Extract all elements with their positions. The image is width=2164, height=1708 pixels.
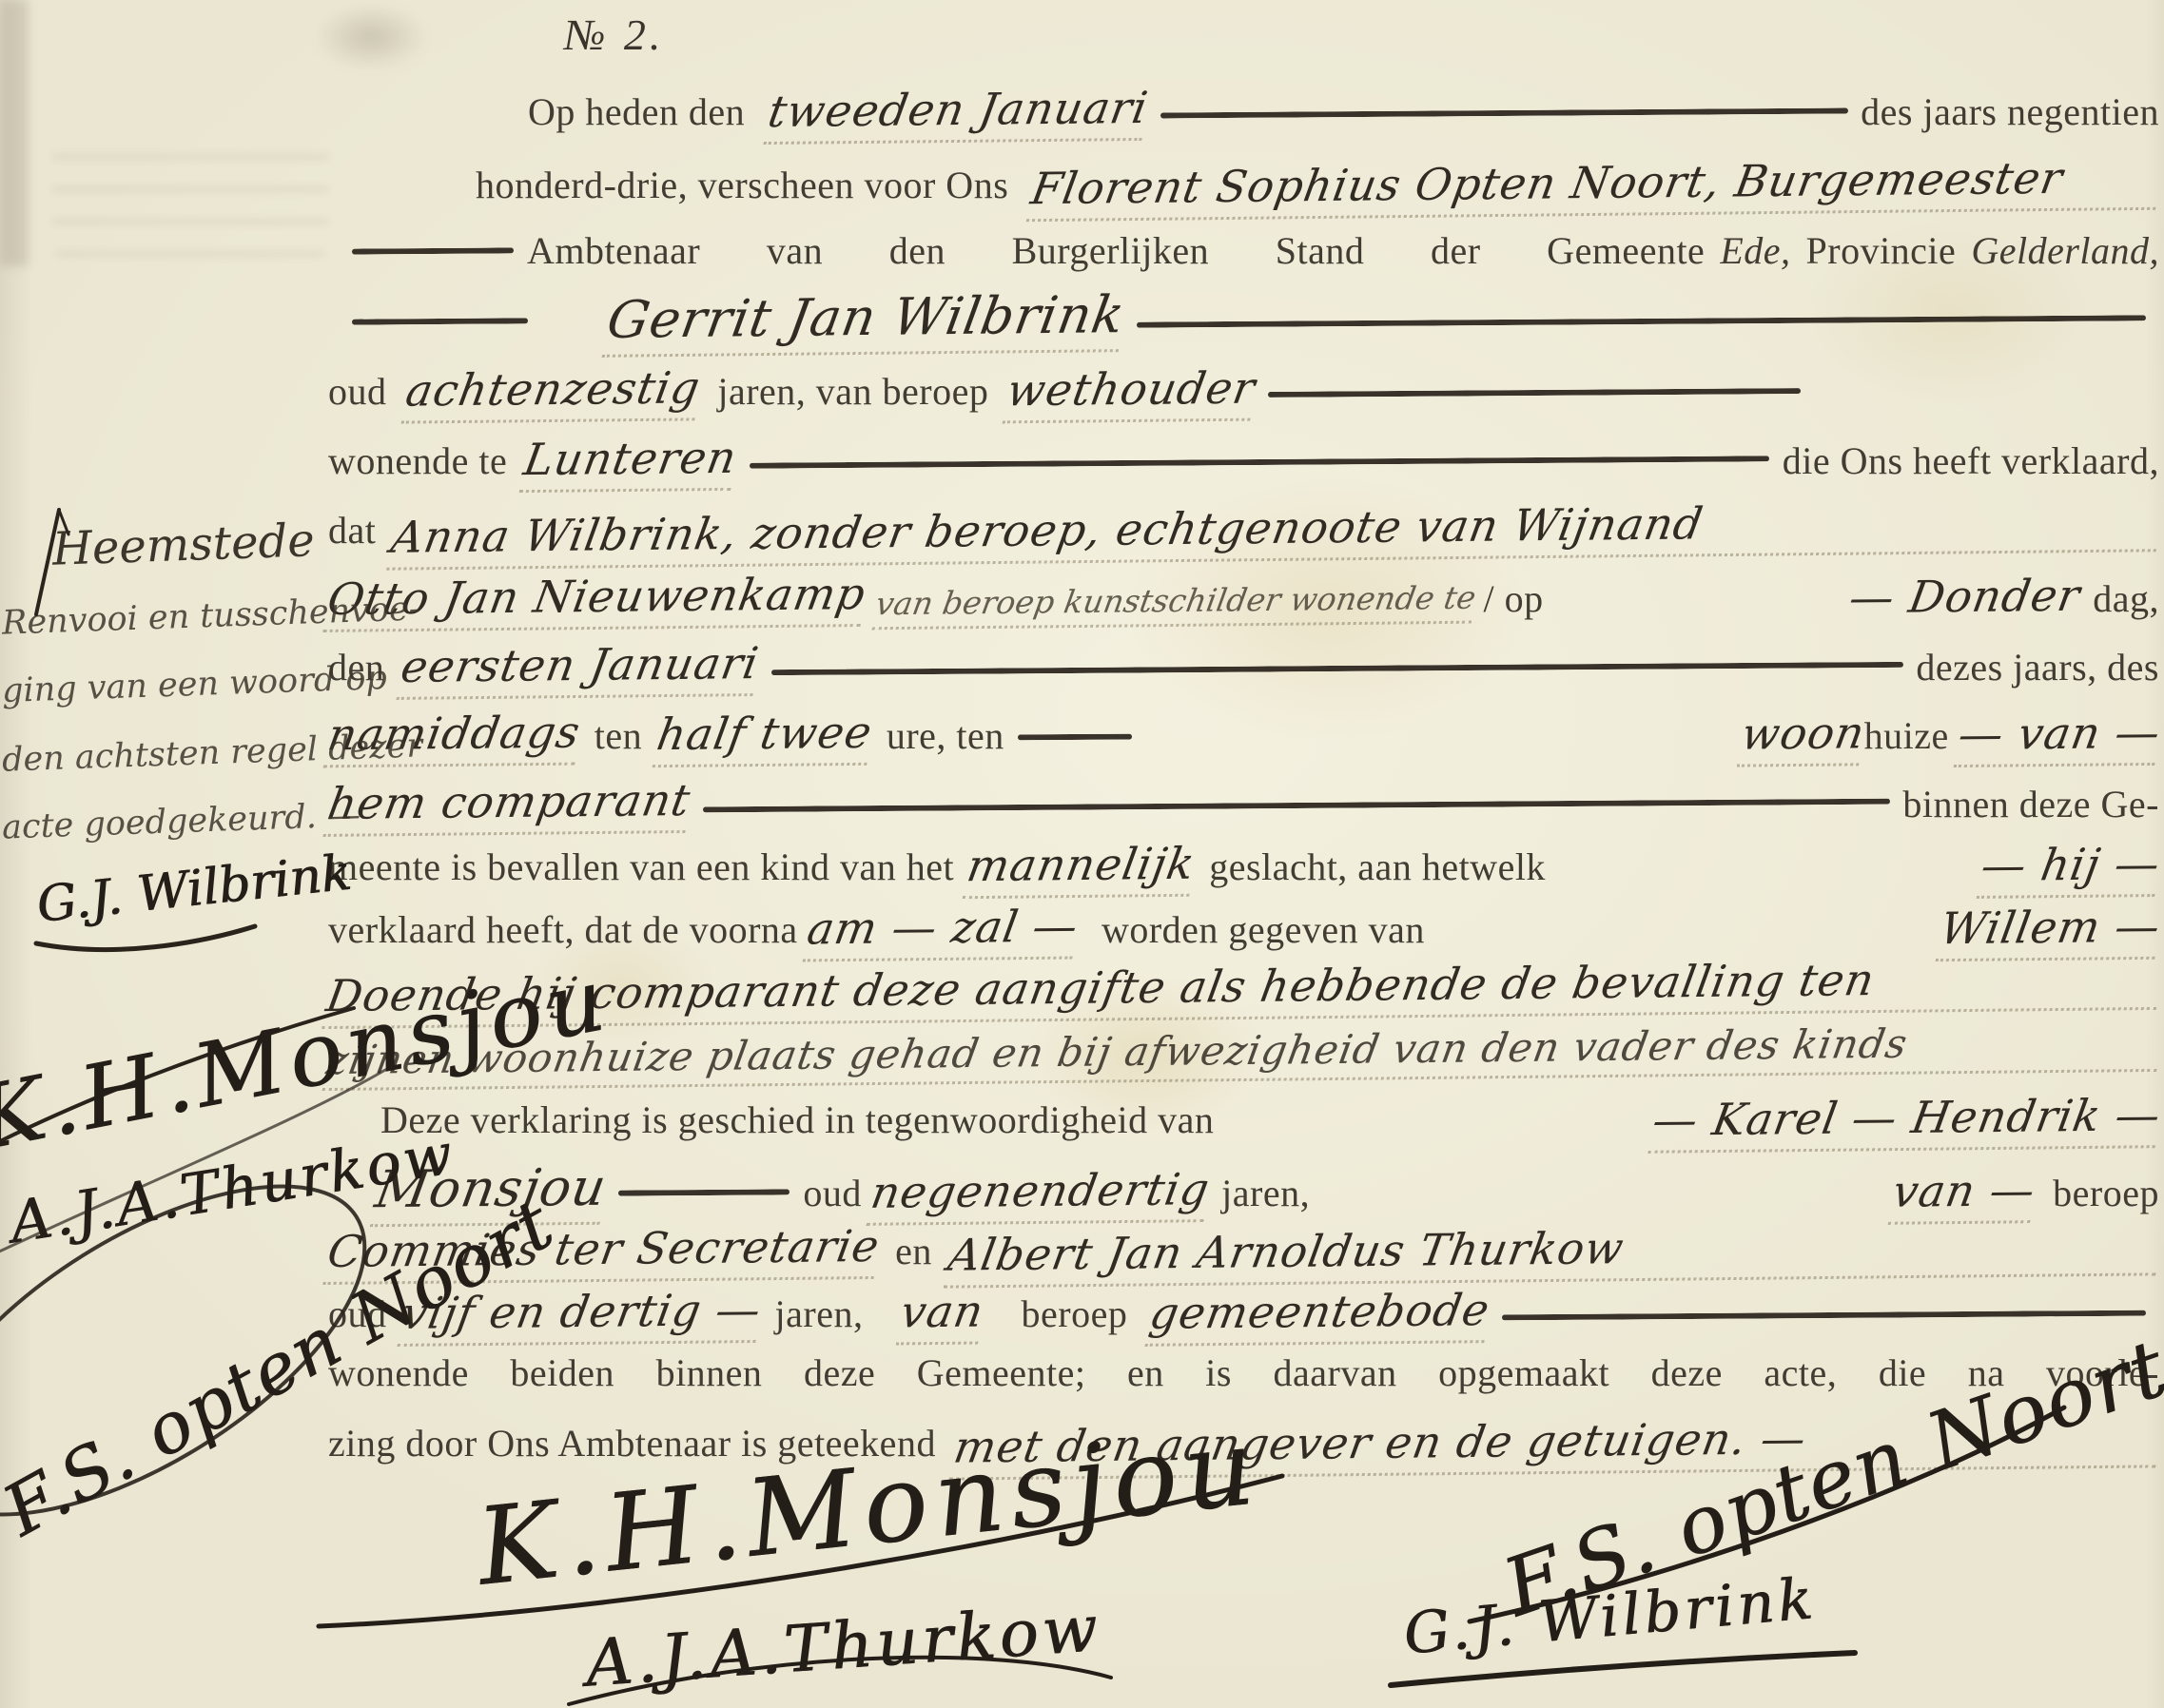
printed-text: Op heden den — [528, 89, 745, 134]
printed-text: Deze verklaring is geschied in tegenwoor… — [380, 1097, 1214, 1142]
printed-text: ten — [595, 713, 642, 758]
handwritten-house-of: — van — — [1953, 707, 2164, 767]
ink-rule — [618, 1189, 790, 1195]
municipality-name: Ede, — [1720, 228, 1790, 273]
margin-note-line: ging van een woord op — [1, 659, 387, 710]
printed-text: ure, ten — [887, 713, 1004, 758]
province-name: Gelderland, — [1971, 228, 2159, 273]
ink-rule — [352, 247, 514, 254]
handwritten-pronoun: — hij — — [1977, 838, 2164, 899]
handwritten-weekday: — Donder — [1845, 570, 2084, 624]
printed-text: dag, — [2093, 576, 2159, 621]
ink-smudge — [314, 4, 428, 70]
handwritten-gender: mannelijk — [963, 838, 1199, 899]
signature-thurkow: A.J.A.Thurkow — [583, 1591, 1103, 1702]
handwritten-witness1-first: — Karel — Hendrik — — [1647, 1089, 2164, 1154]
act-line: Deze verklaring is geschied in tegenwoor… — [328, 1092, 2159, 1151]
printed-text: wonende beiden binnen deze Gemeente; en … — [328, 1350, 2159, 1395]
printed-text: meente is bevallen van een kind van het — [328, 844, 954, 889]
act-line: Monsjou oud negenendertig jaren, van — b… — [328, 1158, 2159, 1226]
printed-text: die Ons heeft verklaard, — [1783, 438, 2159, 483]
handwritten-date: tweeden Januari — [764, 82, 1152, 145]
printed-text: / op — [1484, 576, 1544, 621]
act-line: meente is bevallen van een kind van het … — [328, 839, 2159, 898]
act-line: verklaard heeft, dat de voorna am — zal … — [328, 902, 2159, 961]
printed-text: verklaard heeft, dat de voorna — [328, 907, 798, 952]
printed-text: dat — [328, 508, 376, 553]
printed-text: Ambtenaar van den Burgerlijken Stand der… — [527, 228, 1705, 273]
act-line: hem comparant binnen deze Ge- — [328, 776, 2159, 835]
printed-text: binnen deze Ge- — [1902, 782, 2159, 826]
handwritten-witness2-occupation: gemeentebode — [1145, 1284, 1494, 1347]
ink-rule — [1018, 734, 1132, 741]
handwritten-comparant: hem comparant — [323, 774, 695, 837]
margin-place: Heemstede — [51, 514, 315, 576]
handwritten-declarant: Gerrit Jan Wilbrink — [602, 284, 1130, 358]
handwritten-birthdate: eersten Januari — [397, 637, 763, 700]
handwritten-house: woon — [1737, 707, 1869, 767]
handwritten-occupation: wethouder — [1003, 362, 1259, 424]
act-line: Ambtenaar van den Burgerlijken Stand der… — [328, 228, 2159, 273]
ink-smudge — [0, 0, 29, 266]
act-line: Gerrit Jan Wilbrink — [328, 287, 2159, 355]
margin-approval-signature: G.J. Wilbrink — [34, 844, 354, 934]
act-line: honderd-drie, verscheen voor Ons Florent… — [328, 157, 2159, 216]
act-line: den eersten Januari dezes jaars, des — [328, 639, 2159, 698]
ink-rule — [771, 662, 1903, 675]
ink-rule — [750, 456, 1769, 468]
printed-text: dezes jaars, des — [1916, 645, 2159, 689]
margin-note-line: Renvooi en tusschenvoe- — [1, 590, 420, 642]
act-line: namiddags ten half twee ure, ten woon hu… — [328, 708, 2159, 767]
printed-text: geslacht, aan hetwelk — [1209, 844, 1546, 889]
act-line: Op heden den tweeden Januari des jaars n… — [328, 84, 2159, 143]
printed-text: jaren, — [1221, 1171, 1310, 1215]
margin-note-line: den achtsten regel dezer — [1, 727, 422, 779]
printed-text: Provincie — [1806, 228, 1957, 273]
printed-text: worden gegeven van — [1101, 907, 1425, 952]
printed-text: beroep — [1022, 1291, 1128, 1336]
printed-text: huize — [1864, 713, 1949, 758]
handwritten-time: half twee — [653, 707, 876, 767]
ink-rule — [703, 799, 1890, 813]
act-line: oud vijf en dertig — jaren, van beroep g… — [328, 1286, 2159, 1345]
handwritten-text: van — [896, 1286, 987, 1346]
handwritten-witness2-name: Albert Jan Arnoldus Thurkow — [944, 1216, 2164, 1288]
handwritten-text: van — — [1887, 1164, 2038, 1225]
printed-text: oud — [803, 1171, 862, 1215]
handwritten-registrar: Florent Sophius Opten Noort, Burgemeeste… — [1026, 151, 2164, 222]
printed-text: des jaars negentien — [1861, 89, 2159, 134]
act-line: wonende beiden binnen deze Gemeente; en … — [328, 1350, 2159, 1395]
birth-certificate-page: № 2. Op heden den tweeden Januari des ja… — [0, 0, 2164, 1708]
handwritten-father-note: van beroep kunstschilder wonende te — [871, 579, 1478, 631]
act-line: wonende te Lunteren die Ons heeft verkla… — [328, 433, 2159, 492]
ink-rule — [352, 318, 528, 324]
act-line: dat Anna Wilbrink, zonder beroep, echtge… — [328, 502, 2159, 561]
printed-text: jaren, — [775, 1291, 864, 1336]
ink-rule — [1137, 315, 2146, 327]
ink-rule — [1160, 107, 1848, 118]
printed-text: oud — [328, 369, 387, 414]
ink-rule — [1502, 1310, 2146, 1321]
ink-rule — [1268, 388, 1801, 398]
handwritten-naming: am — zal — — [802, 901, 1082, 962]
act-line: Commies ter Secretarie en Albert Jan Arn… — [328, 1223, 2159, 1282]
handwritten-residence: Lunteren — [519, 432, 741, 493]
act-line: oud achtenzestig jaren, van beroep wetho… — [328, 363, 2159, 422]
act-number: № 2. — [564, 10, 664, 60]
handwritten-witness1-age: negenendertig — [866, 1163, 1213, 1226]
margin-note-line: acte goedgekeurd. — — [1, 796, 361, 846]
printed-text: beroep — [2053, 1171, 2159, 1215]
ink-smudge — [52, 143, 328, 257]
printed-text: honderd-drie, verscheen voor Ons — [476, 163, 1008, 207]
printed-text: jaren, van beroep — [717, 369, 988, 414]
printed-text: en — [895, 1229, 932, 1273]
act-line: Otto Jan Nieuwenkamp van beroep kunstsch… — [328, 571, 2159, 630]
handwritten-mother: Anna Wilbrink, zonder beroep, echtgenoot… — [387, 493, 2164, 570]
handwritten-age: achtenzestig — [400, 361, 704, 423]
printed-text: wonende te — [328, 438, 507, 483]
